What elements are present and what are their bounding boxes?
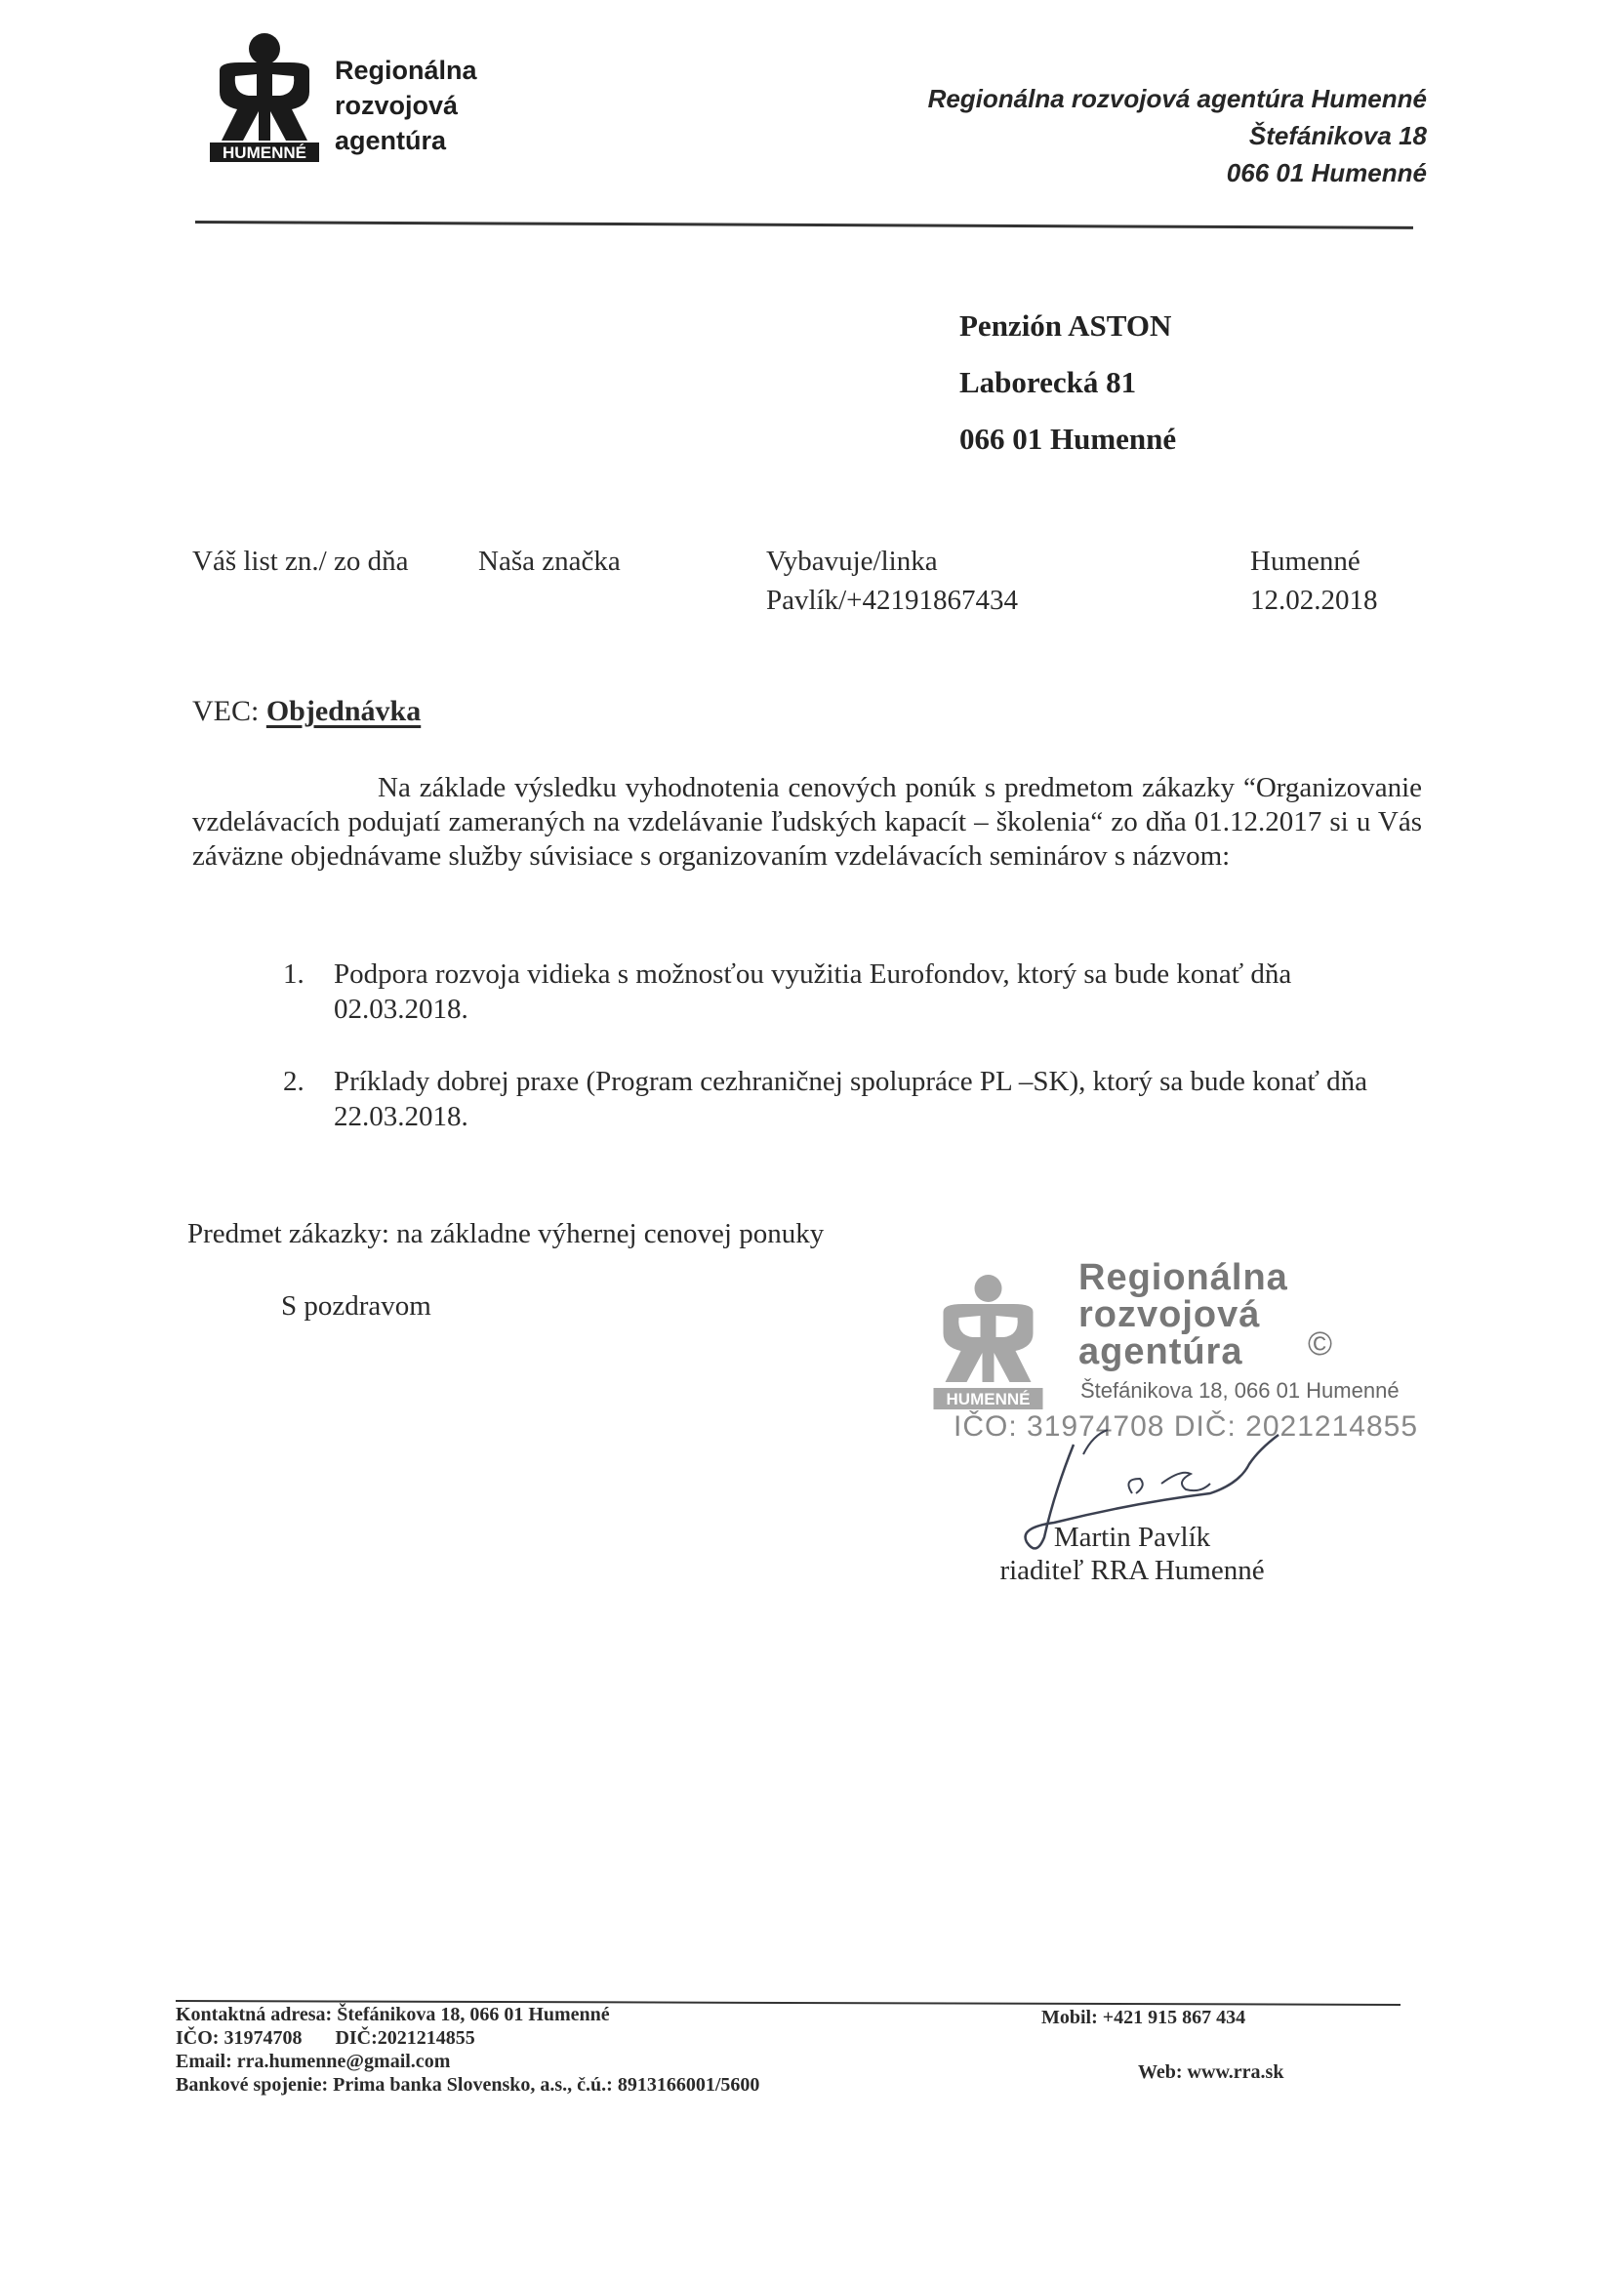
footer-ids: IČO: 31974708DIČ:2021214855 bbox=[176, 2026, 759, 2050]
footer-mobile: Mobil: +421 915 867 434 bbox=[1041, 2007, 1245, 2029]
footer-bank: Bankové spojenie: Prima banka Slovensko,… bbox=[176, 2073, 759, 2097]
recipient-address: Penzión ASTON Laborecká 81 066 01 Humenn… bbox=[959, 298, 1176, 468]
order-subject-note: Predmet zákazky: na základne výhernej ce… bbox=[187, 1218, 824, 1250]
signatory-name: Martin Pavlík bbox=[976, 1521, 1288, 1554]
list-item: 2. Príklady dobrej praxe (Program cezhra… bbox=[283, 1064, 1425, 1134]
subject-value: Objednávka bbox=[266, 695, 421, 727]
rra-logo: HUMENNÉ Regionálna rozvojová agentúra bbox=[210, 31, 532, 168]
footer-contact: Kontaktná adresa: Štefánikova 18, 066 01… bbox=[176, 2003, 759, 2097]
header-divider bbox=[195, 221, 1413, 229]
stamp-address: Štefánikova 18, 066 01 Humenné bbox=[1080, 1378, 1400, 1404]
stamp-wordmark: Regionálna rozvojová agentúra bbox=[1078, 1259, 1288, 1370]
list-item: 1. Podpora rozvoja vidieka s možnosťou v… bbox=[283, 957, 1425, 1027]
subject-line: VEC: Objednávka bbox=[192, 695, 421, 728]
footer-email: Email: rra.humenne@gmail.com bbox=[176, 2050, 759, 2073]
handled-by: Vybavuje/linka Pavlík/+42191867434 bbox=[766, 542, 1018, 620]
signatory-title: riaditeľ RRA Humenné bbox=[976, 1554, 1288, 1587]
footer-address: Kontaktná adresa: Štefánikova 18, 066 01… bbox=[176, 2003, 759, 2026]
logo-wordmark: Regionálna rozvojová agentúra bbox=[335, 53, 477, 158]
rra-logo-mark-icon: HUMENNÉ bbox=[210, 31, 319, 162]
signatory: Martin Pavlík riaditeľ RRA Humenné bbox=[976, 1521, 1288, 1587]
subject-label: VEC: bbox=[192, 695, 259, 727]
place-date: Humenné 12.02.2018 bbox=[1250, 542, 1378, 620]
your-reference-label: Váš list zn./ zo dňa bbox=[192, 542, 408, 581]
footer-web: Web: www.rra.sk bbox=[1138, 2061, 1283, 2084]
svg-text:HUMENNÉ: HUMENNÉ bbox=[947, 1390, 1031, 1408]
svg-text:HUMENNÉ: HUMENNÉ bbox=[223, 143, 306, 162]
stamp-logo-icon: HUMENNÉ bbox=[932, 1269, 1044, 1415]
body-paragraph: Na základe výsledku vyhodnotenia cenovýc… bbox=[192, 771, 1422, 874]
copyright-icon: © bbox=[1308, 1325, 1332, 1364]
seminar-list: 1. Podpora rozvoja vidieka s možnosťou v… bbox=[283, 957, 1425, 1171]
closing-greeting: S pozdravom bbox=[281, 1290, 431, 1323]
letterhead-address: Regionálna rozvojová agentúra Humenné Št… bbox=[928, 80, 1427, 191]
our-reference-label: Naša značka bbox=[478, 542, 621, 581]
